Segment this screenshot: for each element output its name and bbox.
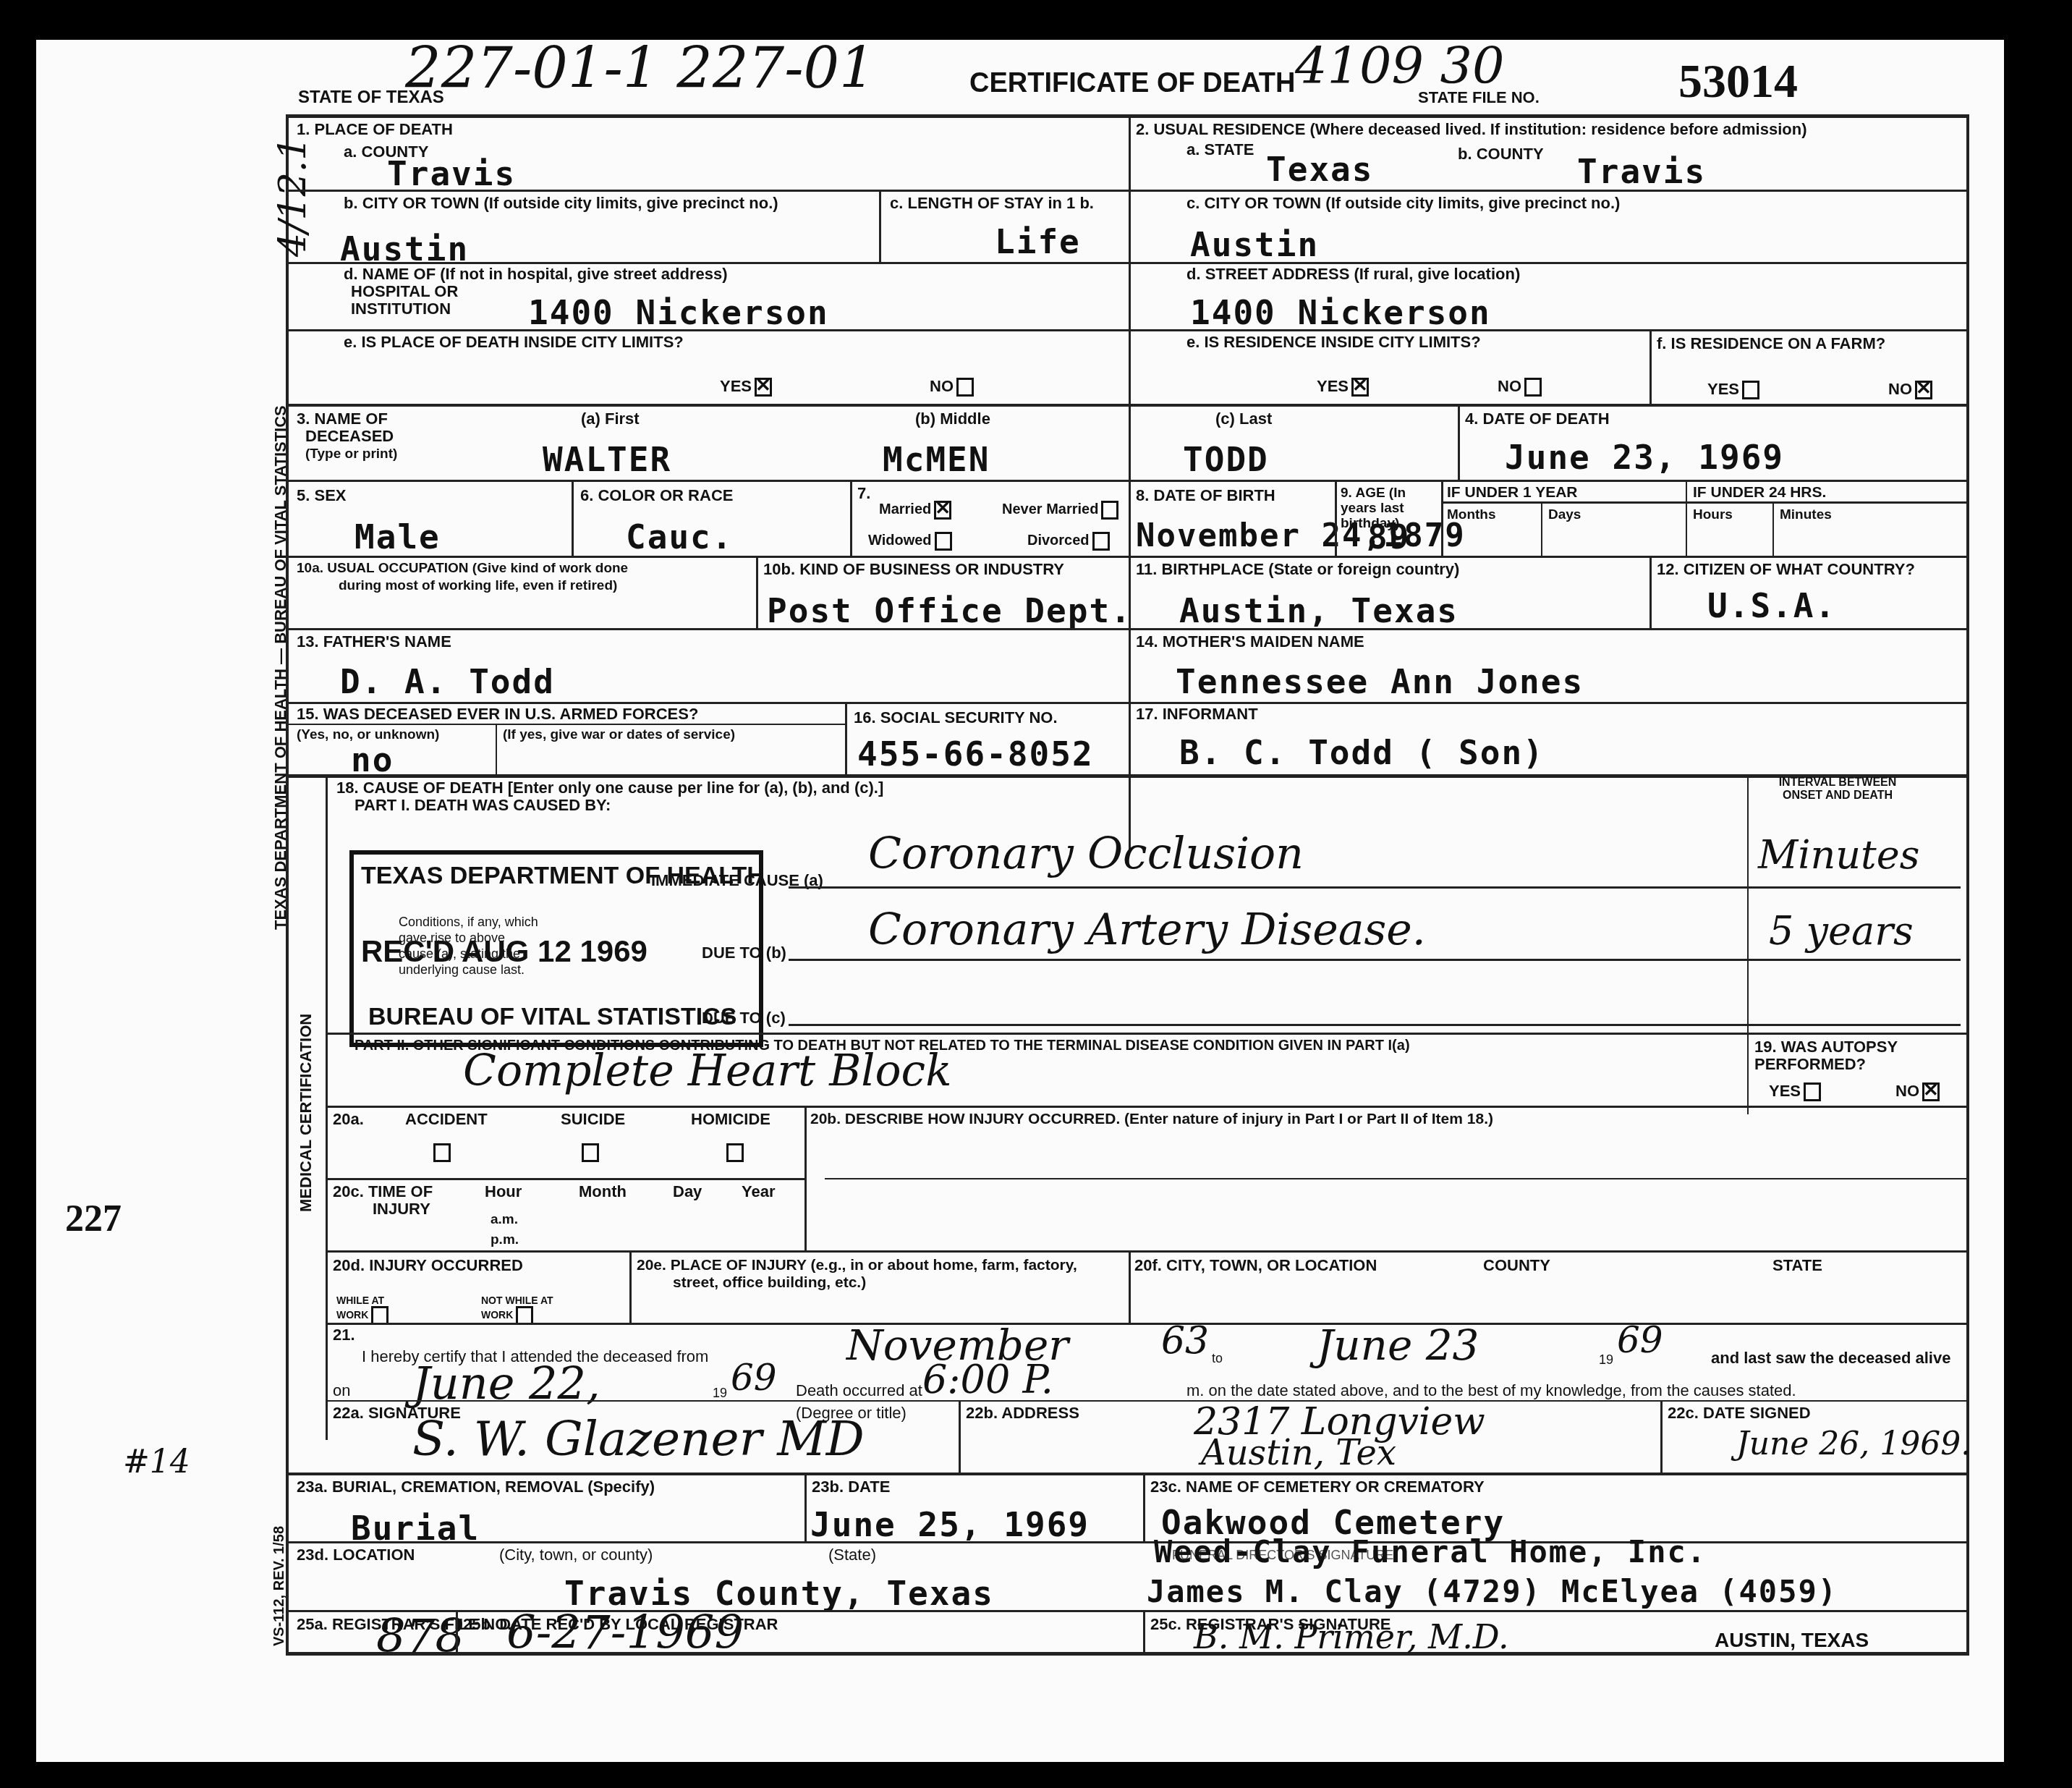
- yes-label: YES: [1769, 1082, 1801, 1100]
- divider: [289, 628, 1966, 630]
- length-of-stay-label: c. LENGTH OF STAY in 1 b.: [890, 195, 1107, 212]
- divider: [326, 1323, 1966, 1325]
- birthplace-label: 11. BIRTHPLACE (State or foreign country…: [1136, 561, 1459, 578]
- first-name-value: WALTER: [543, 440, 671, 479]
- farm-no-checkbox[interactable]: NO: [1888, 380, 1932, 399]
- cemetery-label: 23c. NAME OF CEMETERY OR CREMATORY: [1150, 1478, 1485, 1496]
- injury-county-label: COUNTY: [1483, 1257, 1550, 1274]
- divider: [289, 556, 1966, 558]
- name-label-2: DECEASED: [305, 428, 394, 445]
- checked-icon: [1351, 378, 1369, 397]
- homicide-checkbox[interactable]: [726, 1143, 744, 1162]
- father-label: 13. FATHER'S NAME: [297, 633, 451, 651]
- ssn-value: 455-66-8052: [857, 734, 1094, 774]
- birthplace-value: Austin, Texas: [1179, 591, 1459, 630]
- race-value: Cauc.: [626, 517, 733, 556]
- stamp-department: TEXAS DEPARTMENT OF HEALTH: [361, 862, 765, 890]
- while-at-work-checkbox[interactable]: WHILE AT WORK: [336, 1295, 402, 1325]
- inside-limits-label: e. IS PLACE OF DEATH INSIDE CITY LIMITS?: [344, 334, 684, 351]
- days-label: Days: [1548, 507, 1581, 522]
- label-20c-2: INJURY: [373, 1200, 430, 1218]
- middle-name-value: McMEN: [883, 440, 990, 479]
- attended-from-year: 63: [1161, 1319, 1209, 1363]
- married-label: Married: [879, 501, 931, 517]
- year-prefix-2: 19: [713, 1384, 727, 1402]
- length-of-stay-value: Life: [995, 222, 1081, 261]
- divider: [289, 724, 846, 725]
- divider: [1441, 501, 1966, 504]
- received-stamp: TEXAS DEPARTMENT OF HEALTH Conditions, i…: [349, 850, 763, 1047]
- divider: [1772, 501, 1774, 556]
- name-label-3: (Type or print): [305, 446, 397, 462]
- unchecked-icon: [1742, 381, 1759, 399]
- residence-city-label: c. CITY OR TOWN (If outside city limits,…: [1186, 195, 1620, 212]
- divider: [289, 480, 1966, 482]
- suicide-label: SUICIDE: [561, 1111, 625, 1128]
- street-address-label: d. STREET ADDRESS (If rural, give locati…: [1186, 266, 1520, 283]
- farm-label: f. IS RESIDENCE ON A FARM?: [1657, 335, 1885, 352]
- divider: [629, 1250, 632, 1323]
- date-signed-label: 22c. DATE SIGNED: [1668, 1404, 1811, 1422]
- residence-county-label: b. COUNTY: [1458, 145, 1544, 163]
- year-prefix-1: 19: [1599, 1351, 1613, 1368]
- label-20b: 20b. DESCRIBE HOW INJURY OCCURRED. (Ente…: [810, 1111, 1493, 1128]
- state-file-label: STATE FILE NO.: [1418, 89, 1540, 106]
- margin-note-mark: #14: [123, 1444, 190, 1480]
- label-21: 21.: [333, 1326, 355, 1344]
- last-saw-text: and last saw the deceased alive: [1711, 1350, 1950, 1367]
- address-label: 22b. ADDRESS: [966, 1404, 1079, 1422]
- informant-value: B. C. Todd ( Son): [1179, 733, 1545, 772]
- not-while-at-work-checkbox[interactable]: NOT WHILE AT WORK: [481, 1295, 561, 1325]
- divider: [326, 1178, 804, 1180]
- yes-label: YES: [720, 377, 752, 395]
- death-county-value: Travis: [387, 154, 516, 193]
- hour-label: Hour: [485, 1183, 522, 1200]
- immediate-cause-value: Coronary Occlusion: [868, 829, 1304, 879]
- immediate-interval-value: Minutes: [1758, 832, 1920, 878]
- funeral-home-value: Weed-Clay Funeral Home, Inc.: [1154, 1534, 1707, 1569]
- street-address-value: 1400 Nickerson: [1190, 293, 1491, 332]
- divider: [1686, 480, 1687, 556]
- citizen-value: U.S.A.: [1707, 586, 1836, 625]
- minutes-label: Minutes: [1780, 507, 1832, 522]
- residence-inside-no-checkbox[interactable]: NO: [1498, 377, 1542, 397]
- part2-value: Complete Heart Block: [463, 1046, 952, 1096]
- residence-county-value: Travis: [1577, 152, 1706, 191]
- mother-value: Tennessee Ann Jones: [1176, 662, 1584, 701]
- never-married-checkbox[interactable]: Never Married: [1002, 501, 1118, 520]
- divider: [289, 404, 1966, 407]
- burial-date-label: 23b. DATE: [812, 1478, 890, 1496]
- citizen-label: 12. CITIZEN OF WHAT COUNTRY?: [1657, 561, 1915, 578]
- handwritten-margin-date: 4/12.1: [271, 137, 315, 257]
- divider: [1129, 1250, 1131, 1323]
- registrar-file-value: 878: [376, 1610, 464, 1664]
- widowed-label: Widowed: [868, 533, 932, 548]
- place-of-death-label: 1. PLACE OF DEATH: [297, 121, 453, 138]
- divider: [850, 480, 852, 556]
- label-20a: 20a.: [333, 1111, 364, 1128]
- stamp-bureau: BUREAU OF VITAL STATISTICS: [368, 1003, 736, 1031]
- unchecked-icon: [956, 378, 974, 397]
- father-value: D. A. Todd: [340, 662, 555, 701]
- accident-checkbox[interactable]: [433, 1143, 451, 1162]
- unchecked-icon: [1524, 378, 1542, 397]
- divider: [825, 1178, 1966, 1179]
- form-number: VS-112, REV. 1/58: [271, 1526, 288, 1646]
- divider: [326, 1250, 1966, 1253]
- hospital-value: 1400 Nickerson: [528, 293, 829, 332]
- state-sub-label: (State): [828, 1546, 876, 1564]
- hours-label: Hours: [1693, 507, 1733, 522]
- divider: [804, 1473, 807, 1541]
- inside-limits-no-checkbox[interactable]: NO: [930, 377, 974, 397]
- suicide-checkbox[interactable]: [582, 1143, 599, 1162]
- race-label: 6. COLOR OR RACE: [580, 487, 733, 504]
- divider: [326, 1033, 1747, 1035]
- divider: [756, 556, 758, 628]
- residence-state-label: a. STATE: [1186, 141, 1254, 158]
- last-name-label: (c) Last: [1215, 410, 1272, 428]
- registrar-location: AUSTIN, TEXAS: [1715, 1632, 1869, 1649]
- no-label: NO: [1498, 377, 1521, 395]
- to-label: to: [1212, 1350, 1223, 1367]
- frame-top: [286, 114, 1969, 118]
- divider: [1649, 556, 1652, 628]
- unchecked-icon: [1092, 532, 1110, 551]
- divider: [572, 480, 574, 556]
- cause-line-c: [789, 1024, 1961, 1026]
- am-label: a.m.: [491, 1212, 518, 1227]
- hospital-label-2: HOSPITAL OR: [351, 283, 458, 300]
- margin-note-number: 227: [65, 1198, 122, 1240]
- last-seen-value: June 22,: [412, 1357, 600, 1410]
- residence-inside-limits-label: e. IS RESIDENCE INSIDE CITY LIMITS?: [1186, 334, 1481, 351]
- state-file-number: 53014: [1678, 54, 1798, 109]
- location-label: 23d. LOCATION: [297, 1546, 415, 1564]
- divorced-label: Divorced: [1027, 533, 1090, 548]
- death-certificate: STATE OF TEXAS 227-01-1 227-01 CERTIFICA…: [36, 40, 2004, 1762]
- disposition-label: 23a. BURIAL, CREMATION, REMOVAL (Specify…: [297, 1478, 655, 1496]
- label-20f: 20f. CITY, TOWN, OR LOCATION: [1134, 1257, 1377, 1274]
- under-day-label: IF UNDER 24 HRS.: [1693, 484, 1826, 501]
- divider: [1458, 404, 1460, 480]
- first-name-label: (a) First: [581, 410, 640, 428]
- unchecked-icon: [935, 532, 952, 551]
- burial-date-value: June 25, 1969: [810, 1505, 1090, 1544]
- unchecked-icon: [1101, 501, 1118, 520]
- dob-label: 8. DATE OF BIRTH: [1136, 487, 1275, 504]
- no-label: NO: [930, 377, 954, 395]
- residence-inside-yes-checkbox[interactable]: YES: [1317, 377, 1369, 397]
- unchecked-icon: [1804, 1082, 1821, 1101]
- due-to-b-interval-value: 5 years: [1769, 908, 1914, 954]
- due-to-b-value: Coronary Artery Disease.: [868, 904, 1426, 955]
- yes-label: YES: [1317, 377, 1349, 395]
- divider: [1541, 501, 1542, 556]
- divider: [959, 1400, 961, 1473]
- homicide-label: HOMICIDE: [691, 1111, 770, 1128]
- physician-address-2: Austin, Tex: [1201, 1433, 1396, 1473]
- hospital-label: d. NAME OF (If not in hospital, give str…: [344, 266, 728, 283]
- farm-yes-checkbox[interactable]: YES: [1707, 380, 1759, 399]
- armed-forces-value: no: [351, 740, 394, 779]
- checked-icon: [934, 501, 951, 520]
- months-label: Months: [1447, 507, 1496, 522]
- armed-service-label: (If yes, give war or dates of service): [503, 727, 735, 742]
- divider: [1129, 190, 1966, 192]
- physician-signature: S. W. Glazener MD: [412, 1411, 865, 1467]
- age-value: 89: [1367, 517, 1410, 556]
- no-label: NO: [1895, 1082, 1919, 1100]
- name-label: 3. NAME OF: [297, 410, 388, 428]
- label-20c: 20c. TIME OF: [333, 1183, 433, 1200]
- label-20e-2: street, office building, etc.): [673, 1274, 866, 1292]
- ssn-label: 16. SOCIAL SECURITY NO.: [854, 709, 1058, 726]
- informant-label: 17. INFORMANT: [1136, 706, 1258, 723]
- mother-label: 14. MOTHER'S MAIDEN NAME: [1136, 633, 1364, 651]
- divider: [289, 190, 1129, 192]
- death-occurred-label: Death occurred at: [796, 1382, 922, 1399]
- residence-state-value: Texas: [1266, 150, 1373, 189]
- last-seen-year: 69: [731, 1357, 777, 1399]
- interval-label: INTERVAL BETWEEN ONSET AND DEATH: [1765, 776, 1910, 802]
- cause-line-a: [789, 886, 1961, 889]
- divider: [1129, 329, 1966, 331]
- date-of-death-value: June 23, 1969: [1505, 438, 1784, 477]
- accident-label: ACCIDENT: [405, 1111, 488, 1128]
- hospital-label-3: INSTITUTION: [351, 300, 451, 318]
- divider: [804, 1106, 807, 1250]
- registrar-signature: B. M. Primer, M.D.: [1194, 1617, 1509, 1656]
- sex-label: 5. SEX: [297, 487, 346, 504]
- divider: [289, 702, 1966, 704]
- divider: [1649, 329, 1652, 404]
- occupation-label: 10a. USUAL OCCUPATION (Give kind of work…: [297, 561, 628, 576]
- divider: [1129, 262, 1966, 264]
- married-checkbox[interactable]: Married: [879, 501, 951, 520]
- city-sub-label: (City, town, or county): [499, 1546, 653, 1564]
- widowed-checkbox[interactable]: Widowed: [868, 532, 952, 551]
- divider: [845, 702, 847, 774]
- divider: [1747, 774, 1749, 1114]
- frame-right: [1966, 114, 1969, 1656]
- divider: [289, 774, 1966, 778]
- death-time-value: 6:00 P.: [922, 1357, 1053, 1402]
- divider: [326, 1106, 1966, 1108]
- attended-to-value: June 23: [1317, 1321, 1479, 1370]
- city-label: b. CITY OR TOWN (If outside city limits,…: [344, 195, 778, 212]
- injury-state-label: STATE: [1772, 1257, 1822, 1274]
- divider: [879, 190, 881, 262]
- divider: [289, 1473, 1966, 1475]
- divider: [289, 329, 1129, 331]
- industry-value: Post Office Dept.: [767, 591, 1132, 630]
- day-label: Day: [673, 1183, 702, 1200]
- handwritten-file-number-right: 4109 30: [1295, 36, 1504, 96]
- divider: [326, 1400, 1966, 1402]
- autopsy-label: 19. WAS AUTOPSY PERFORMED?: [1754, 1038, 1957, 1073]
- date-of-death-label: 4. DATE OF DEATH: [1465, 410, 1610, 428]
- industry-label: 10b. KIND OF BUSINESS OR INDUSTRY: [763, 561, 1064, 578]
- residence-city-value: Austin: [1190, 225, 1319, 264]
- divider: [1335, 480, 1337, 556]
- divider: [1143, 1610, 1145, 1653]
- handwritten-file-number-left: 227-01-1 227-01: [405, 36, 875, 101]
- armed-forces-label: 15. WAS DECEASED EVER IN U.S. ARMED FORC…: [297, 706, 698, 723]
- pm-label: p.m.: [491, 1232, 519, 1247]
- no-label: NO: [1888, 380, 1912, 398]
- cause-line-b: [789, 959, 1961, 961]
- divider: [456, 1610, 458, 1653]
- certify-text-3: m. on the date stated above, and to the …: [1186, 1382, 1796, 1399]
- label-20d: 20d. INJURY OCCURRED: [333, 1257, 523, 1274]
- label-20e: 20e. PLACE OF INJURY (e.g., in or about …: [637, 1257, 1077, 1274]
- sex-value: Male: [354, 517, 441, 556]
- date-received-value: 6-27-1969: [506, 1606, 744, 1660]
- year-label: Year: [742, 1183, 776, 1200]
- department-vertical-label: TEXAS DEPARTMENT OF HEALTH — BUREAU OF V…: [271, 405, 290, 930]
- yes-label: YES: [1707, 380, 1739, 398]
- medical-certification-label: MEDICAL CERTIFICATION: [297, 1014, 315, 1212]
- date-signed-value: June 26, 1969.: [1736, 1425, 1971, 1462]
- divider: [1747, 1033, 1966, 1035]
- month-label: Month: [579, 1183, 627, 1200]
- checked-icon: [1922, 1082, 1940, 1101]
- divorced-checkbox[interactable]: Divorced: [1027, 532, 1110, 551]
- on-label: on: [333, 1382, 350, 1399]
- cause-of-death-label: 18. CAUSE OF DEATH [Enter only one cause…: [336, 779, 883, 797]
- last-name-value: TODD: [1183, 440, 1269, 479]
- usual-residence-label: 2. USUAL RESIDENCE (Where deceased lived…: [1136, 121, 1806, 138]
- marital-label: 7.: [857, 485, 870, 502]
- divider: [289, 1541, 1966, 1543]
- inside-limits-yes-checkbox[interactable]: YES: [720, 377, 772, 397]
- column-divider: [1129, 114, 1131, 852]
- divider: [1441, 480, 1443, 556]
- divider: [1660, 1400, 1663, 1473]
- autopsy-no-checkbox[interactable]: NO: [1895, 1082, 1940, 1101]
- part1-label: PART I. DEATH WAS CAUSED BY:: [354, 797, 611, 814]
- divider: [289, 262, 1129, 264]
- middle-name-label: (b) Middle: [915, 410, 990, 428]
- never-married-label: Never Married: [1002, 501, 1098, 517]
- divider: [496, 724, 497, 774]
- certificate-title: CERTIFICATE OF DEATH: [969, 69, 1295, 98]
- attended-to-year: 69: [1617, 1319, 1663, 1361]
- checked-icon: [755, 378, 772, 397]
- autopsy-yes-checkbox[interactable]: YES: [1769, 1082, 1821, 1101]
- checked-icon: [1915, 381, 1932, 399]
- funeral-directors-value: James M. Clay (4729) McElyea (4059): [1147, 1574, 1838, 1609]
- stamp-received-date: REC'D AUG 12 1969: [361, 934, 647, 969]
- occupation-label-2: during most of working life, even if ret…: [339, 578, 617, 593]
- under-year-label: IF UNDER 1 YEAR: [1447, 484, 1577, 501]
- divider: [1143, 1473, 1145, 1541]
